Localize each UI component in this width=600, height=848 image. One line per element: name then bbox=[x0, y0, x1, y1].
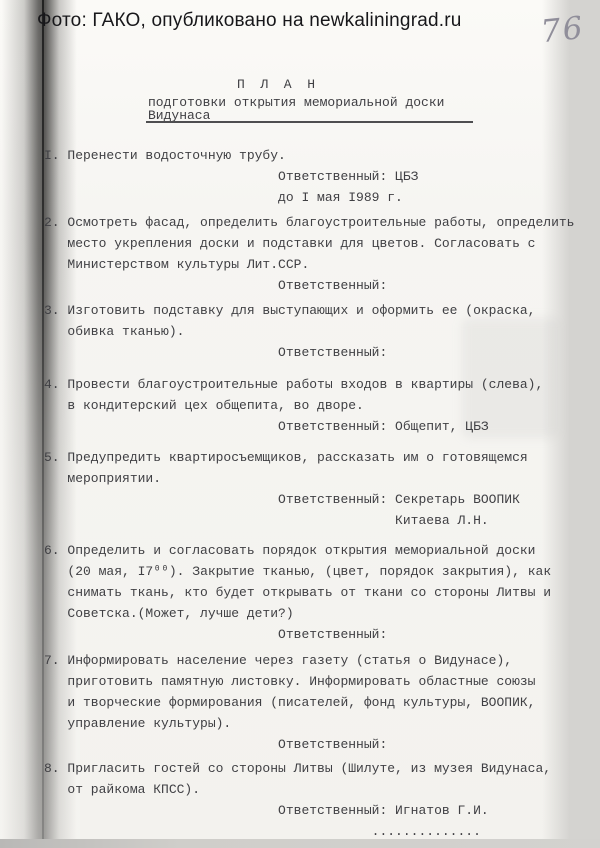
plan-item-5: 5. Предупредить квартиросъемщиков, расск… bbox=[44, 447, 528, 531]
title-underline bbox=[146, 121, 473, 123]
handwritten-page-number: 76 bbox=[539, 10, 586, 50]
plan-item-3: 3. Изготовить подставку для выступающих … bbox=[44, 300, 535, 363]
plan-item-4: 4. Провести благоустроительные работы вх… bbox=[44, 374, 543, 437]
plan-item-6: 6. Определить и согласовать порядок откр… bbox=[44, 540, 551, 645]
plan-item-1: I. Перенести водосточную трубу. Ответств… bbox=[44, 145, 418, 208]
plan-item-2: 2. Осмотреть фасад, определить благоустр… bbox=[44, 212, 575, 296]
photo-credit-watermark: Фото: ГАКО, опубликовано на newkaliningr… bbox=[37, 10, 462, 32]
plan-item-7: 7. Информировать население через газету … bbox=[44, 650, 535, 755]
plan-item-8: 8. Пригласить гостей со стороны Литвы (Ш… bbox=[44, 758, 551, 842]
scanned-document-photo: Фото: ГАКО, опубликовано на newkaliningr… bbox=[0, 0, 600, 848]
document-title: П Л А Н bbox=[237, 74, 315, 95]
